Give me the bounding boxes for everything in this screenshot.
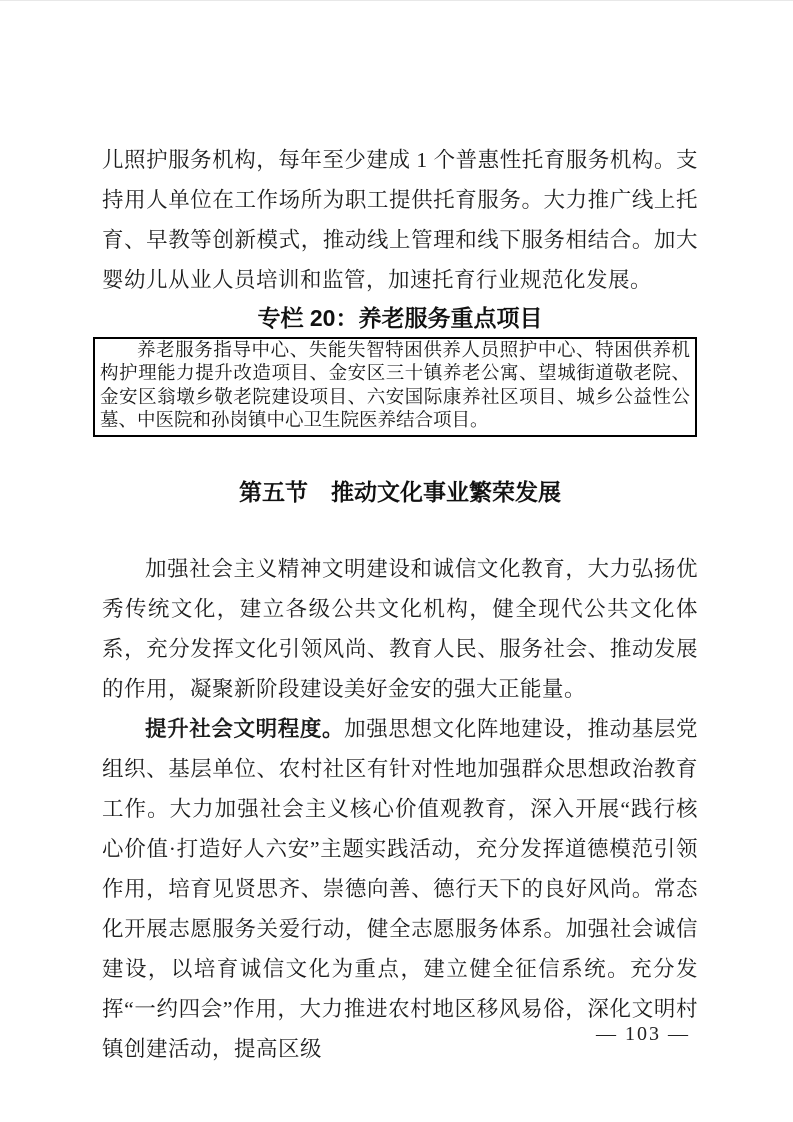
section-paragraph-2: 提升社会文明程度。加强思想文化阵地建设，推动基层党组织、基层单位、农村社区有针对… [102, 709, 698, 1069]
project-box: 养老服务指导中心、失能失智特困供养人员照护中心、特困供养机构护理能力提升改造项目… [93, 337, 697, 437]
page-number: — 103 — [596, 1022, 690, 1046]
section-paragraph-1: 加强社会主义精神文明建设和诚信文化教育，大力弘扬优秀传统文化，建立各级公共文化机… [102, 549, 698, 709]
paragraph-continuation: 儿照护服务机构，每年至少建成 1 个普惠性托育服务机构。支持用人单位在工作场所为… [102, 140, 698, 300]
paragraph-lead-bold: 提升社会文明程度。 [145, 717, 344, 741]
paragraph-body-text: 加强思想文化阵地建设，推动基层党组织、基层单位、农村社区有针对性地加强群众思想政… [102, 717, 698, 1061]
document-page: 儿照护服务机构，每年至少建成 1 个普惠性托育服务机构。支持用人单位在工作场所为… [0, 0, 793, 1122]
page-content: 儿照护服务机构，每年至少建成 1 个普惠性托育服务机构。支持用人单位在工作场所为… [102, 140, 698, 1069]
box-title: 专栏 20：养老服务重点项目 [102, 302, 698, 334]
section-heading: 第五节 推动文化事业繁荣发展 [102, 476, 698, 508]
